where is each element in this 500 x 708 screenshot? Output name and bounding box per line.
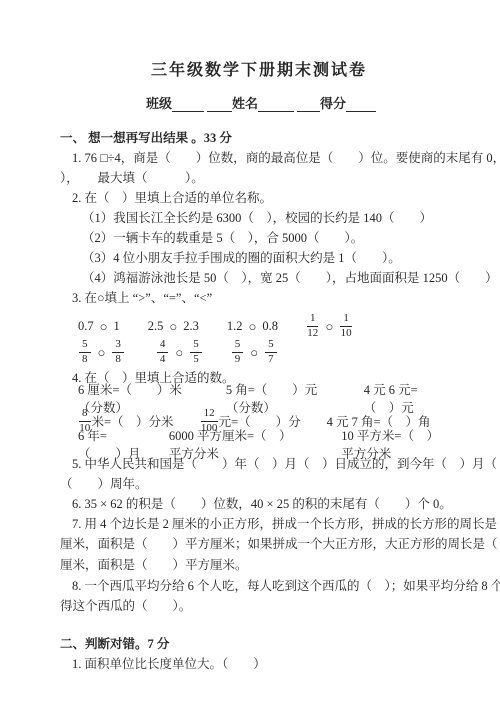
fraction: 112: [307, 313, 319, 339]
page-title: 三年级数学下册期末测试卷: [46, 60, 472, 82]
name-blank-2: [297, 98, 320, 112]
score-blank: [346, 98, 376, 112]
fraction: 57: [265, 339, 277, 365]
question-1-line-1: 1. 76 □÷4，商是（ ）位数，商的最高位是（ ）位。要使商的末尾有 0，□…: [60, 148, 472, 168]
question-6: 6. 35 × 62 的积是（ ）位数，40 × 25 的积的末尾有（ ）个 0…: [60, 494, 472, 514]
conversion-item: 4 元 6 元=（ ）元: [364, 380, 446, 416]
question-3: 3. 在○填上 “>”、“=”、“<”: [60, 288, 472, 308]
fraction-numerator: 8: [79, 408, 91, 422]
compare-item: 2.5○2.3: [148, 319, 199, 334]
fraction-denominator: 10: [341, 327, 352, 340]
compare-circle-symbol: ○: [250, 346, 258, 359]
question-2-sub-1: （1）我国长江全长约是 6300（ ），校园的长约是 140（ ）: [60, 208, 472, 228]
question-5-line-1: 5. 中华人民共和国是（ ）年（ ）月（ ）日成立的，到今年（ ）月（ ）日正好…: [60, 454, 472, 474]
question-2-sub-2: （2）一辆卡车的载重是 5（ ），合 5000（ ）。: [60, 228, 472, 248]
fraction: 58: [79, 339, 91, 365]
question-1-line-2: ）， 最大填（ ）。: [60, 168, 472, 188]
conversion-row-3: 6 年=（ ）月 6000 平方厘米=（ ）平方分米 10 平方米=（ ）平方分…: [60, 434, 472, 454]
fraction-denominator: 7: [268, 353, 274, 366]
compare-left-value: 1.2: [227, 319, 243, 334]
fraction: 38: [112, 339, 124, 365]
fraction: 55: [190, 339, 202, 365]
class-blank: [172, 98, 204, 112]
compare-item: 112○110: [306, 313, 353, 339]
conversion-row-1: 6 厘米=（ ）米（分数） 5 角=（ ）元（分数） 4 元 6 元=（ ）元: [60, 388, 472, 408]
fraction-numerator: 5: [190, 339, 202, 353]
name-label: 姓名: [232, 96, 258, 112]
compare-item: 0.7○1: [78, 319, 120, 334]
compare-item: 44○55: [156, 339, 203, 365]
compare-right-value: 2.3: [183, 319, 199, 334]
question-2-sub-4: （4）鸿福游泳池长是 50（ ），宽 25（ ），占地面面积是 1250（ ）: [60, 268, 472, 288]
question-2-sub-3: （3）4 位小朋友手拉手围成的圈的面积大约是 1（ ）。: [60, 248, 472, 268]
compare-left-value: 2.5: [148, 319, 164, 334]
fraction-denominator: 12: [307, 327, 318, 340]
compare-item: 1.2○0.8: [227, 319, 278, 334]
test-paper-page: 三年级数学下册期末测试卷 班级 姓名 得分 一、 想一想再写出结果 。33 分 …: [0, 0, 500, 708]
question-7-line-2: 厘米，面积是（ ）平方厘米；如果拼成一个大正方形，大正方形的周长是（ ）: [60, 534, 472, 555]
compare-circle-symbol: ○: [98, 346, 106, 359]
header-info-line: 班级 姓名 得分: [50, 94, 472, 112]
question-5-line-2: （ ）周年。: [60, 474, 472, 494]
compare-circle-symbol: ○: [175, 346, 183, 359]
fraction-denominator: 8: [82, 353, 88, 366]
fraction-numerator: 1: [340, 313, 352, 327]
compare-circle-symbol: ○: [169, 320, 177, 333]
fraction-numerator: 12: [201, 408, 218, 422]
fraction-numerator: 4: [157, 339, 169, 353]
fraction-denominator: 8: [115, 353, 121, 366]
question-2: 2. 在（ ）里填上合适的单位名称。: [60, 188, 472, 208]
class-label: 班级: [146, 96, 172, 112]
name-blank: [258, 98, 294, 112]
fraction-denominator: 4: [160, 353, 166, 366]
compare-circle-symbol: ○: [325, 320, 333, 333]
compare-row-1: 0.7○1 2.5○2.3 1.2○0.8 112○110: [60, 313, 472, 339]
compare-item: 58○38: [78, 339, 125, 365]
question-7-line-3: 厘米，面积是（ ）平方厘米。: [60, 555, 472, 576]
fraction: 44: [157, 339, 169, 365]
fraction-numerator: 5: [265, 339, 277, 353]
section2-question-1: 1. 面积单位比长度单位大。（ ）: [60, 654, 472, 674]
fraction-numerator: 3: [112, 339, 124, 353]
compare-circle-symbol: ○: [100, 320, 108, 333]
question-8-line-1: 8. 一个西瓜平均分给 6 个人吃，每人吃到这个西瓜的（ ）；如果平均分给 8 …: [60, 576, 472, 596]
fraction-denominator: 9: [235, 353, 241, 366]
compare-right-value: 1: [113, 319, 119, 334]
compare-item: 59○57: [231, 339, 278, 365]
question-8-line-2: 得这个西瓜的（ ）。: [60, 596, 472, 616]
fraction-denominator: 5: [193, 353, 199, 366]
fraction-numerator: 5: [79, 339, 91, 353]
compare-right-value: 0.8: [262, 319, 278, 334]
fraction-numerator: 5: [232, 339, 244, 353]
score-label: 得分: [320, 96, 346, 112]
class-blank-2: [207, 98, 232, 112]
fraction: 59: [232, 339, 244, 365]
compare-circle-symbol: ○: [248, 320, 256, 333]
compare-row-2: 58○38 44○55 59○57: [60, 339, 472, 365]
section1-heading: 一、 想一想再写出结果 。33 分: [60, 128, 472, 148]
fraction-numerator: 1: [307, 313, 319, 327]
question-7-line-1: 7. 用 4 个边长是 2 厘米的小正方形，拼成一个长方形，拼成的长方形的周长是…: [60, 514, 472, 534]
section2-heading: 二、判断对错。7 分: [60, 634, 472, 654]
compare-left-value: 0.7: [78, 319, 94, 334]
fraction: 110: [340, 313, 352, 339]
